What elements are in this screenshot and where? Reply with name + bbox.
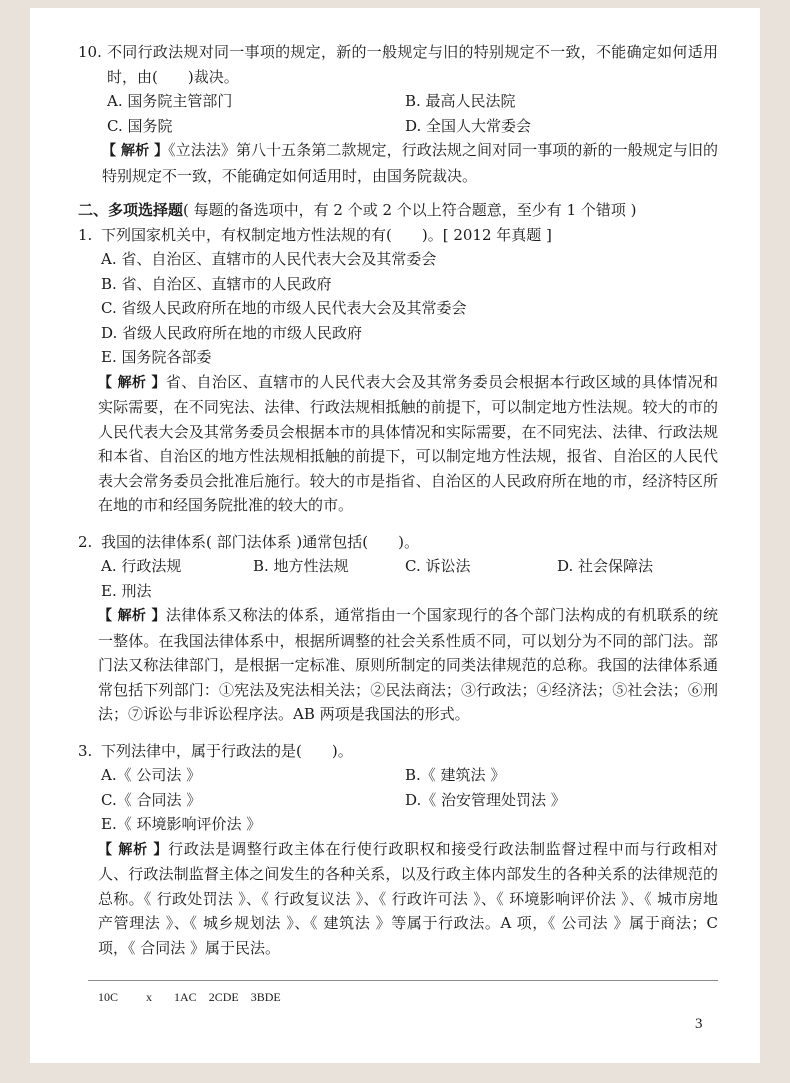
options: A.《 公司法 》 B.《 建筑法 》 C.《 合同法 》 D.《 治安管理处罚… xyxy=(78,763,718,837)
answer-m1: 1AC xyxy=(174,990,197,1005)
section-note: ( 每题的备选项中，有 2 个或 2 个以上符合题意，至少有 1 个错项 ) xyxy=(183,201,636,219)
option-a: A.《 公司法 》 xyxy=(101,763,405,788)
question-m2: 2. 我国的法律体系( 部门法体系 )通常包括( )。 A. 行政法规 B. 地… xyxy=(78,530,718,727)
option-b: B. 最高人民法院 xyxy=(405,89,516,114)
answer-m2: 2CDE xyxy=(209,990,239,1005)
option-b: B. 省、自治区、直辖市的人民政府 xyxy=(101,272,718,297)
explanation: 【 解析 】省、自治区、直辖市的人民代表大会及其常务委员会根据本行政区域的具体情… xyxy=(78,370,718,518)
explanation-tag: 【 解析 】 xyxy=(102,143,168,159)
question-text: 下列国家机关中，有权制定地方性法规的有( )。[ 2012 年真题 ] xyxy=(101,223,718,248)
explanation: 【 解析 】法律体系又称法的体系，通常指由一个国家现行的各个部门法构成的有机联系… xyxy=(78,603,718,727)
explanation: 【 解析 】行政法是调整行政主体在行使行政职权和接受行政法制监督过程中而与行政相… xyxy=(78,837,718,961)
option-c: C. 省级人民政府所在地的市级人民代表大会及其常委会 xyxy=(101,296,718,321)
question-10: 10. 不同行政法规对同一事项的规定，新的一般规定与旧的特别规定不一致，不能确定… xyxy=(78,40,718,188)
question-number: 2. xyxy=(78,530,101,555)
question-number: 3. xyxy=(78,739,101,764)
section-heading: 二、多项选择题( 每题的备选项中，有 2 个或 2 个以上符合题意，至少有 1 … xyxy=(78,198,718,223)
explanation-text: 《立法法》第八十五条第二款规定，行政法规之间对同一事项的新的一般规定与旧的特别规… xyxy=(102,141,718,185)
question-m3: 3. 下列法律中，属于行政法的是( )。 A.《 公司法 》 B.《 建筑法 》… xyxy=(78,739,718,961)
option-d: D.《 治安管理处罚法 》 xyxy=(405,788,566,813)
option-e: E. 刑法 xyxy=(101,579,718,604)
page-number: 3 xyxy=(695,1016,703,1033)
document-page: 10. 不同行政法规对同一事项的规定，新的一般规定与旧的特别规定不一致，不能确定… xyxy=(30,8,760,1063)
question-text: 我国的法律体系( 部门法体系 )通常包括( )。 xyxy=(101,530,718,555)
explanation-text: 法律体系又称法的体系，通常指由一个国家现行的各个部门法构成的有机联系的统一整体。… xyxy=(98,606,718,723)
option-c: C.《 合同法 》 xyxy=(101,788,405,813)
answer-separator: x xyxy=(146,990,152,1005)
option-a: A. 国务院主管部门 xyxy=(107,89,405,114)
section-title: 二、多项选择题 xyxy=(78,201,183,219)
question-text: 下列法律中，属于行政法的是( )。 xyxy=(101,739,718,764)
explanation: 【 解析 】《立法法》第八十五条第二款规定，行政法规之间对同一事项的新的一般规定… xyxy=(78,138,718,188)
footer-divider xyxy=(88,980,718,981)
options: A. 国务院主管部门 B. 最高人民法院 C. 国务院 D. 全国人大常委会 xyxy=(78,89,718,138)
page-content: 10. 不同行政法规对同一事项的规定，新的一般规定与旧的特别规定不一致，不能确定… xyxy=(78,40,718,960)
option-b: B.《 建筑法 》 xyxy=(405,763,505,788)
explanation-text: 省、自治区、直辖市的人民代表大会及其常务委员会根据本行政区域的具体情况和实际需要… xyxy=(98,373,718,515)
question-number: 1. xyxy=(78,223,101,248)
answer-m3: 3BDE xyxy=(251,990,281,1005)
option-e: E. 国务院各部委 xyxy=(101,345,718,370)
option-b: B. 地方性法规 xyxy=(253,554,405,579)
explanation-tag: 【 解析 】 xyxy=(98,608,166,624)
option-d: D. 省级人民政府所在地的市级人民政府 xyxy=(101,321,718,346)
option-d: D. 全国人大常委会 xyxy=(405,114,531,139)
explanation-tag: 【 解析 】 xyxy=(98,375,166,391)
answer-key: 10C x 1AC 2CDE 3BDE xyxy=(98,990,293,1005)
options: A. 行政法规 B. 地方性法规 C. 诉讼法 D. 社会保障法 E. 刑法 xyxy=(78,554,718,603)
option-c: C. 诉讼法 xyxy=(405,554,557,579)
question-text: 不同行政法规对同一事项的规定，新的一般规定与旧的特别规定不一致，不能确定如何适用… xyxy=(107,40,718,89)
option-a: A. 省、自治区、直辖市的人民代表大会及其常委会 xyxy=(101,247,718,272)
question-m1: 1. 下列国家机关中，有权制定地方性法规的有( )。[ 2012 年真题 ] A… xyxy=(78,223,718,518)
option-d: D. 社会保障法 xyxy=(557,554,653,579)
options: A. 省、自治区、直辖市的人民代表大会及其常委会 B. 省、自治区、直辖市的人民… xyxy=(78,247,718,370)
option-c: C. 国务院 xyxy=(107,114,405,139)
question-number: 10. xyxy=(78,40,107,89)
explanation-tag: 【 解析 】 xyxy=(98,842,168,858)
answer-10: 10C xyxy=(98,990,118,1005)
option-a: A. 行政法规 xyxy=(101,554,253,579)
explanation-text: 行政法是调整行政主体在行使行政职权和接受行政法制监督过程中而与行政相对人、行政法… xyxy=(98,840,718,957)
option-e: E.《 环境影响评价法 》 xyxy=(101,812,718,837)
